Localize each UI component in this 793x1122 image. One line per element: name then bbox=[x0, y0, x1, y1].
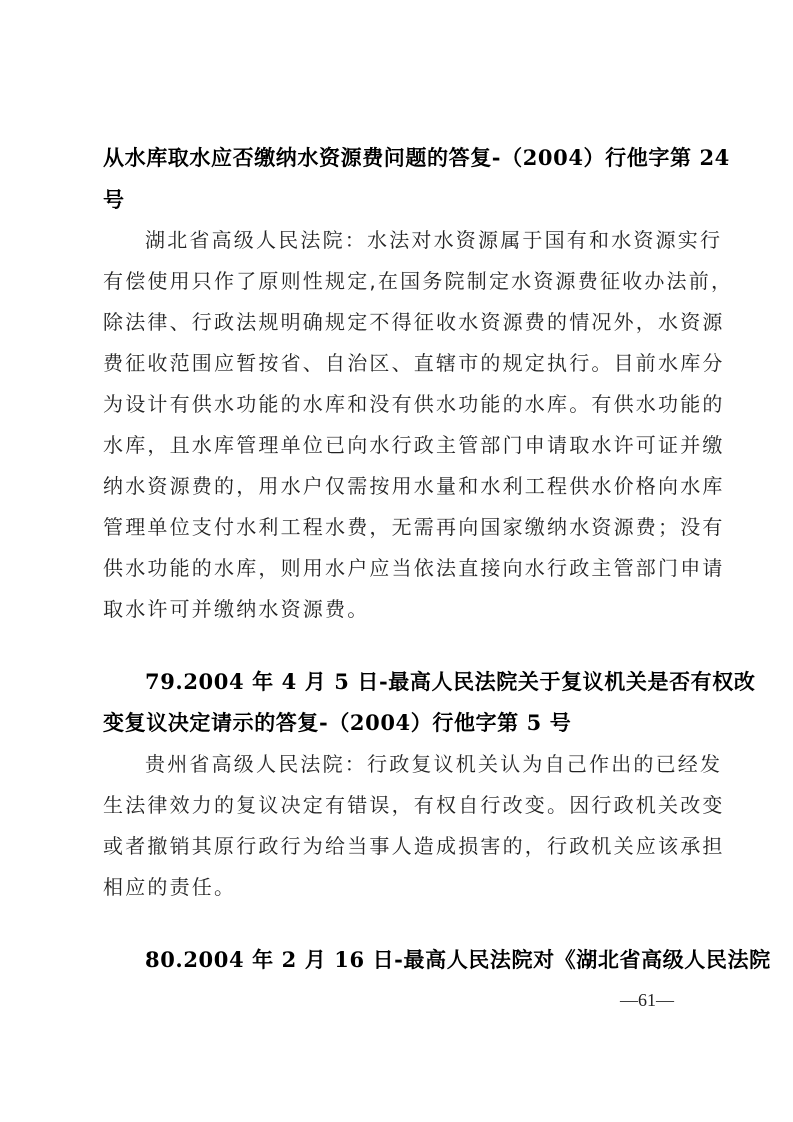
section-heading-line: 变复议决定请示的答复-（2004）行他字第 5 号 bbox=[103, 711, 693, 735]
paragraph-line: 取水许可并缴纳水资源费。 bbox=[103, 597, 693, 621]
paragraph-line: 为设计有供水功能的水库和没有供水功能的水库。有供水功能的 bbox=[103, 392, 693, 416]
paragraph-line: 管理单位支付水利工程水费，无需再向国家缴纳水资源费；没有 bbox=[103, 515, 693, 539]
paragraph-line: 湖北省高级人民法院：水法对水资源属于国有和水资源实行 bbox=[145, 228, 735, 252]
paragraph-line: 贵州省高级人民法院：行政复议机关认为自己作出的已经发 bbox=[145, 752, 735, 776]
paragraph-line: 或者撤销其原行政行为给当事人造成损害的，行政机关应该承担 bbox=[103, 834, 693, 858]
section-heading-line: 80.2004 年 2 月 16 日-最高人民法院对《湖北省高级人民法院 bbox=[145, 948, 735, 972]
paragraph-line: 有偿使用只作了原则性规定,在国务院制定水资源费征收办法前， bbox=[103, 269, 693, 293]
paragraph-line: 供水功能的水库，则用水户应当依法直接向水行政主管部门申请 bbox=[103, 556, 693, 580]
paragraph-line: 费征收范围应暂按省、自治区、直辖市的规定执行。目前水库分 bbox=[103, 351, 693, 375]
paragraph-line: 生法律效力的复议决定有错误，有权自行改变。因行政机关改变 bbox=[103, 793, 693, 817]
paragraph-line: 纳水资源费的，用水户仅需按用水量和水利工程供水价格向水库 bbox=[103, 474, 693, 498]
section-heading-line: 从水库取水应否缴纳水资源费问题的答复-（2004）行他字第 24 bbox=[103, 146, 693, 170]
page-number: —61— bbox=[620, 990, 674, 1011]
section-heading-line: 79.2004 年 4 月 5 日-最高人民法院关于复议机关是否有权改 bbox=[145, 670, 735, 694]
section-heading-line: 号 bbox=[103, 188, 693, 212]
paragraph-line: 水库，且水库管理单位已向水行政主管部门申请取水许可证并缴 bbox=[103, 433, 693, 457]
document-page: 从水库取水应否缴纳水资源费问题的答复-（2004）行他字第 24 号 湖北省高级… bbox=[0, 0, 793, 1122]
paragraph-line: 相应的责任。 bbox=[103, 875, 693, 899]
paragraph-line: 除法律、行政法规明确规定不得征收水资源费的情况外，水资源 bbox=[103, 310, 693, 334]
